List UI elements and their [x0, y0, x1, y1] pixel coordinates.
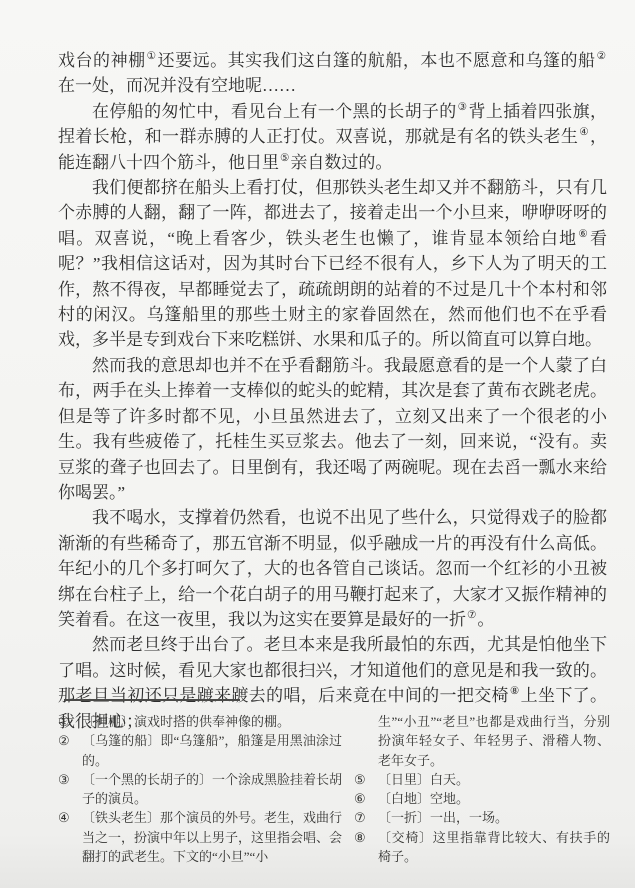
- footnote-item: ⑦ 〔一折〕一出，一场。: [354, 808, 610, 827]
- footnote-item: ③ 〔一个黑的长胡子的〕一个涂成黑脸挂着长胡子的演员。: [58, 770, 342, 809]
- footnote-marker: ⑥: [354, 789, 378, 808]
- footnote-text: 〔白地〕空地。: [378, 789, 610, 808]
- book-page: 戏台的神棚①还要远。其实我们这白篷的航船，本也不愿意和乌篷的船②在一处，而况并没…: [0, 0, 635, 888]
- footnote-ref-superscript: ③: [458, 102, 468, 113]
- story-text: 戏台的神棚①还要远。其实我们这白篷的航船，本也不愿意和乌篷的船②在一处，而况并没…: [58, 48, 607, 734]
- paragraph: 我不喝水，支撑着仍然看，也说不出见了些什么，只觉得戏子的脸都渐渐的有些稀奇了，那…: [58, 505, 607, 632]
- footnote-item: ① 〔神棚〕演戏时搭的供奉神像的棚。: [58, 712, 342, 731]
- footnote-ref-superscript: ②: [597, 51, 606, 62]
- paragraph: 然而我的意思却也并不在乎看翻筋斗。我最愿意看的是一个人蒙了白布，两手在头上捧着一…: [58, 353, 607, 505]
- footnote-ref-superscript: ⑥: [578, 229, 589, 240]
- footnote-text: 〔一个黑的长胡子的〕一个涂成黑脸挂着长胡子的演员。: [82, 770, 342, 809]
- footnote-text: 〔铁头老生〕那个演员的外号。老生，戏曲行当之一，扮演中年以上男子，这里指会唱、会…: [82, 808, 342, 866]
- footnote-item: ⑤ 〔日里〕白天。: [354, 770, 610, 789]
- footnote-ref-superscript: ⑤: [280, 153, 289, 164]
- footnote-text: 〔神棚〕演戏时搭的供奉神像的棚。: [82, 712, 342, 731]
- paragraph: 在停船的匆忙中，看见台上有一个黑的长胡子的③背上插着四张旗，捏着长枪，和一群赤膊…: [58, 99, 607, 175]
- footnote-text: 〔日里〕白天。: [378, 770, 610, 789]
- footnote-text: 〔一折〕一出，一场。: [378, 808, 610, 827]
- footnote-continuation: 生”“小丑”“老旦”也都是戏曲行当，分别扮演年轻女子、年轻男子、滑稽人物、老年女…: [378, 712, 610, 770]
- footnote-ref-superscript: ①: [147, 51, 157, 62]
- footnote-marker: ②: [58, 731, 82, 770]
- footnote-marker: ⑤: [354, 770, 378, 789]
- paragraph: 我们便都挤在船头上看打仗，但那铁头老生却又并不翻筋斗，只有几个赤膊的人翻，翻了一…: [58, 175, 607, 353]
- footnote-item: ⑥ 〔白地〕空地。: [354, 789, 610, 808]
- footnote-marker: ⑧: [354, 828, 378, 867]
- footnote-marker: ①: [58, 712, 82, 731]
- footnote-text: 〔交椅〕这里指靠背比较大、有扶手的椅子。: [378, 828, 610, 867]
- paragraph: 戏台的神棚①还要远。其实我们这白篷的航船，本也不愿意和乌篷的船②在一处，而况并没…: [58, 48, 607, 99]
- footnote-ref-superscript: ⑦: [467, 610, 476, 621]
- footnote-marker: ③: [58, 770, 82, 809]
- footnote-item: ④ 〔铁头老生〕那个演员的外号。老生，戏曲行当之一，扮演中年以上男子，这里指会唱…: [58, 808, 342, 866]
- footnote-ref-superscript: ④: [579, 127, 589, 138]
- footnote-item: ② 〔乌篷的船〕即“乌篷船”，船篷是用黑油涂过的。: [58, 731, 342, 770]
- footnote-item: ⑧ 〔交椅〕这里指靠背比较大、有扶手的椅子。: [354, 828, 610, 867]
- footnotes-left-column: ① 〔神棚〕演戏时搭的供奉神像的棚。 ② 〔乌篷的船〕即“乌篷船”，船篷是用黑油…: [58, 712, 342, 866]
- footnotes: ① 〔神棚〕演戏时搭的供奉神像的棚。 ② 〔乌篷的船〕即“乌篷船”，船篷是用黑油…: [58, 712, 610, 866]
- footnote-marker: ④: [58, 808, 82, 866]
- footnote-divider: [64, 699, 240, 701]
- footnotes-right-column: 生”“小丑”“老旦”也都是戏曲行当，分别扮演年轻女子、年轻男子、滑稽人物、老年女…: [354, 712, 610, 866]
- footnote-marker: ⑦: [354, 808, 378, 827]
- footnote-ref-superscript: ⑧: [510, 686, 520, 697]
- footnote-text: 〔乌篷的船〕即“乌篷船”，船篷是用黑油涂过的。: [82, 731, 342, 770]
